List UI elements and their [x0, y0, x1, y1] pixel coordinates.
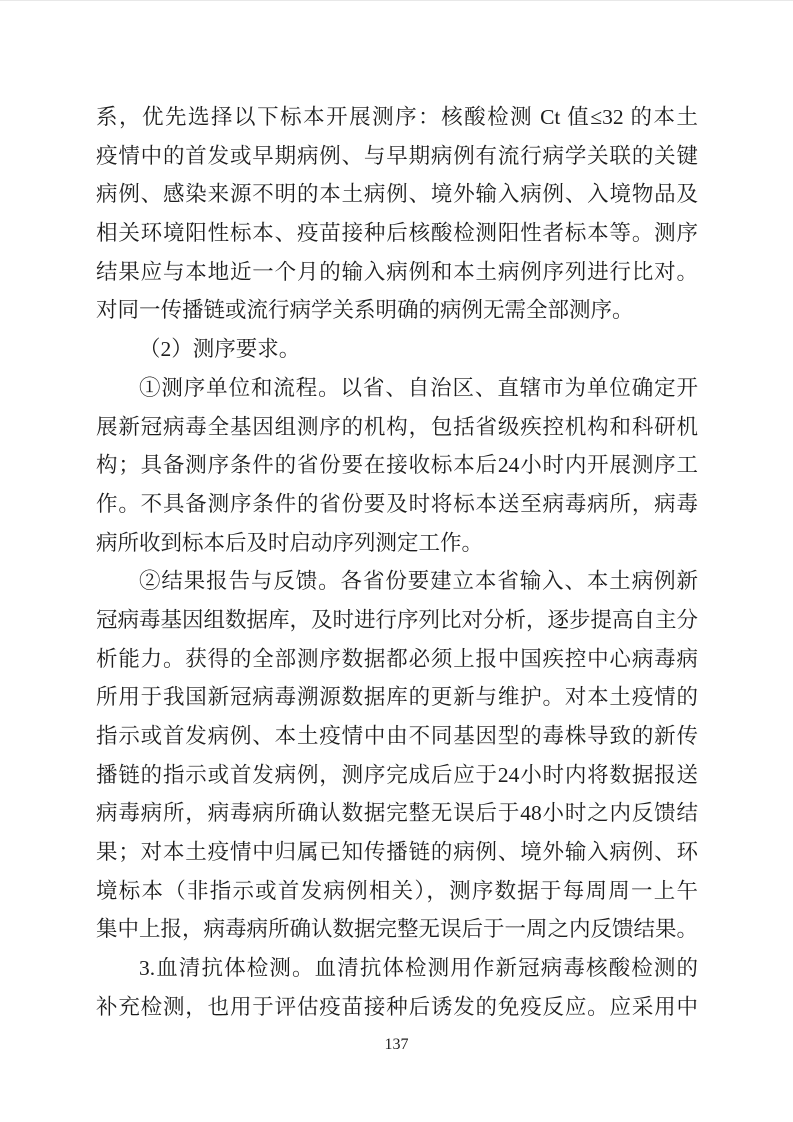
- text-line: 集中上报，病毒病所确认数据完整无误后于一周之内反馈结果。: [96, 910, 698, 949]
- text-line: 病毒病所，病毒病所确认数据完整无误后于48小时之内反馈结: [96, 794, 698, 833]
- text-line: 结果应与本地近一个月的输入病例和本土病例序列进行比对。: [96, 253, 698, 292]
- text-block: 系，优先选择以下标本开展测序：核酸检测 Ct 值≤32 的本土疫情中的首发或早期…: [96, 98, 698, 1027]
- text-line: ①测序单位和流程。以省、自治区、直辖市为单位确定开: [96, 369, 698, 408]
- text-line: 相关环境阳性标本、疫苗接种后核酸检测阳性者标本等。测序: [96, 214, 698, 253]
- text-line: 果；对本土疫情中归属已知传播链的病例、境外输入病例、环: [96, 833, 698, 872]
- document-page: 系，优先选择以下标本开展测序：核酸检测 Ct 值≤32 的本土疫情中的首发或早期…: [0, 0, 793, 1122]
- text-line: 所用于我国新冠病毒溯源数据库的更新与维护。对本土疫情的: [96, 678, 698, 717]
- text-line: 作。不具备测序条件的省份要及时将标本送至病毒病所，病毒: [96, 485, 698, 524]
- text-line: 对同一传播链或流行病学关系明确的病例无需全部测序。: [96, 291, 698, 330]
- text-line: 补充检测，也用于评估疫苗接种后诱发的免疫反应。应采用中: [96, 988, 698, 1027]
- text-line: 冠病毒基因组数据库，及时进行序列比对分析，逐步提高自主分: [96, 601, 698, 640]
- text-line: 病所收到标本后及时启动序列测定工作。: [96, 524, 698, 563]
- text-line: 析能力。获得的全部测序数据都必须上报中国疾控中心病毒病: [96, 640, 698, 679]
- text-line: ②结果报告与反馈。各省份要建立本省输入、本土病例新: [96, 562, 698, 601]
- text-line: 疫情中的首发或早期病例、与早期病例有流行病学关联的关键: [96, 137, 698, 176]
- text-line: 指示或首发病例、本土疫情中由不同基因型的毒株导致的新传: [96, 717, 698, 756]
- text-line: 境标本（非指示或首发病例相关），测序数据于每周周一上午: [96, 872, 698, 911]
- text-line: 系，优先选择以下标本开展测序：核酸检测 Ct 值≤32 的本土: [96, 98, 698, 137]
- text-line: （2）测序要求。: [96, 330, 698, 369]
- page-number: 137: [0, 1035, 793, 1055]
- text-line: 展新冠病毒全基因组测序的机构，包括省级疾控机构和科研机: [96, 408, 698, 447]
- text-line: 3.血清抗体检测。血清抗体检测用作新冠病毒核酸检测的: [96, 949, 698, 988]
- text-line: 构；具备测序条件的省份要在接收标本后24小时内开展测序工: [96, 446, 698, 485]
- text-line: 病例、感染来源不明的本土病例、境外输入病例、入境物品及: [96, 175, 698, 214]
- text-line: 播链的指示或首发病例，测序完成后应于24小时内将数据报送: [96, 756, 698, 795]
